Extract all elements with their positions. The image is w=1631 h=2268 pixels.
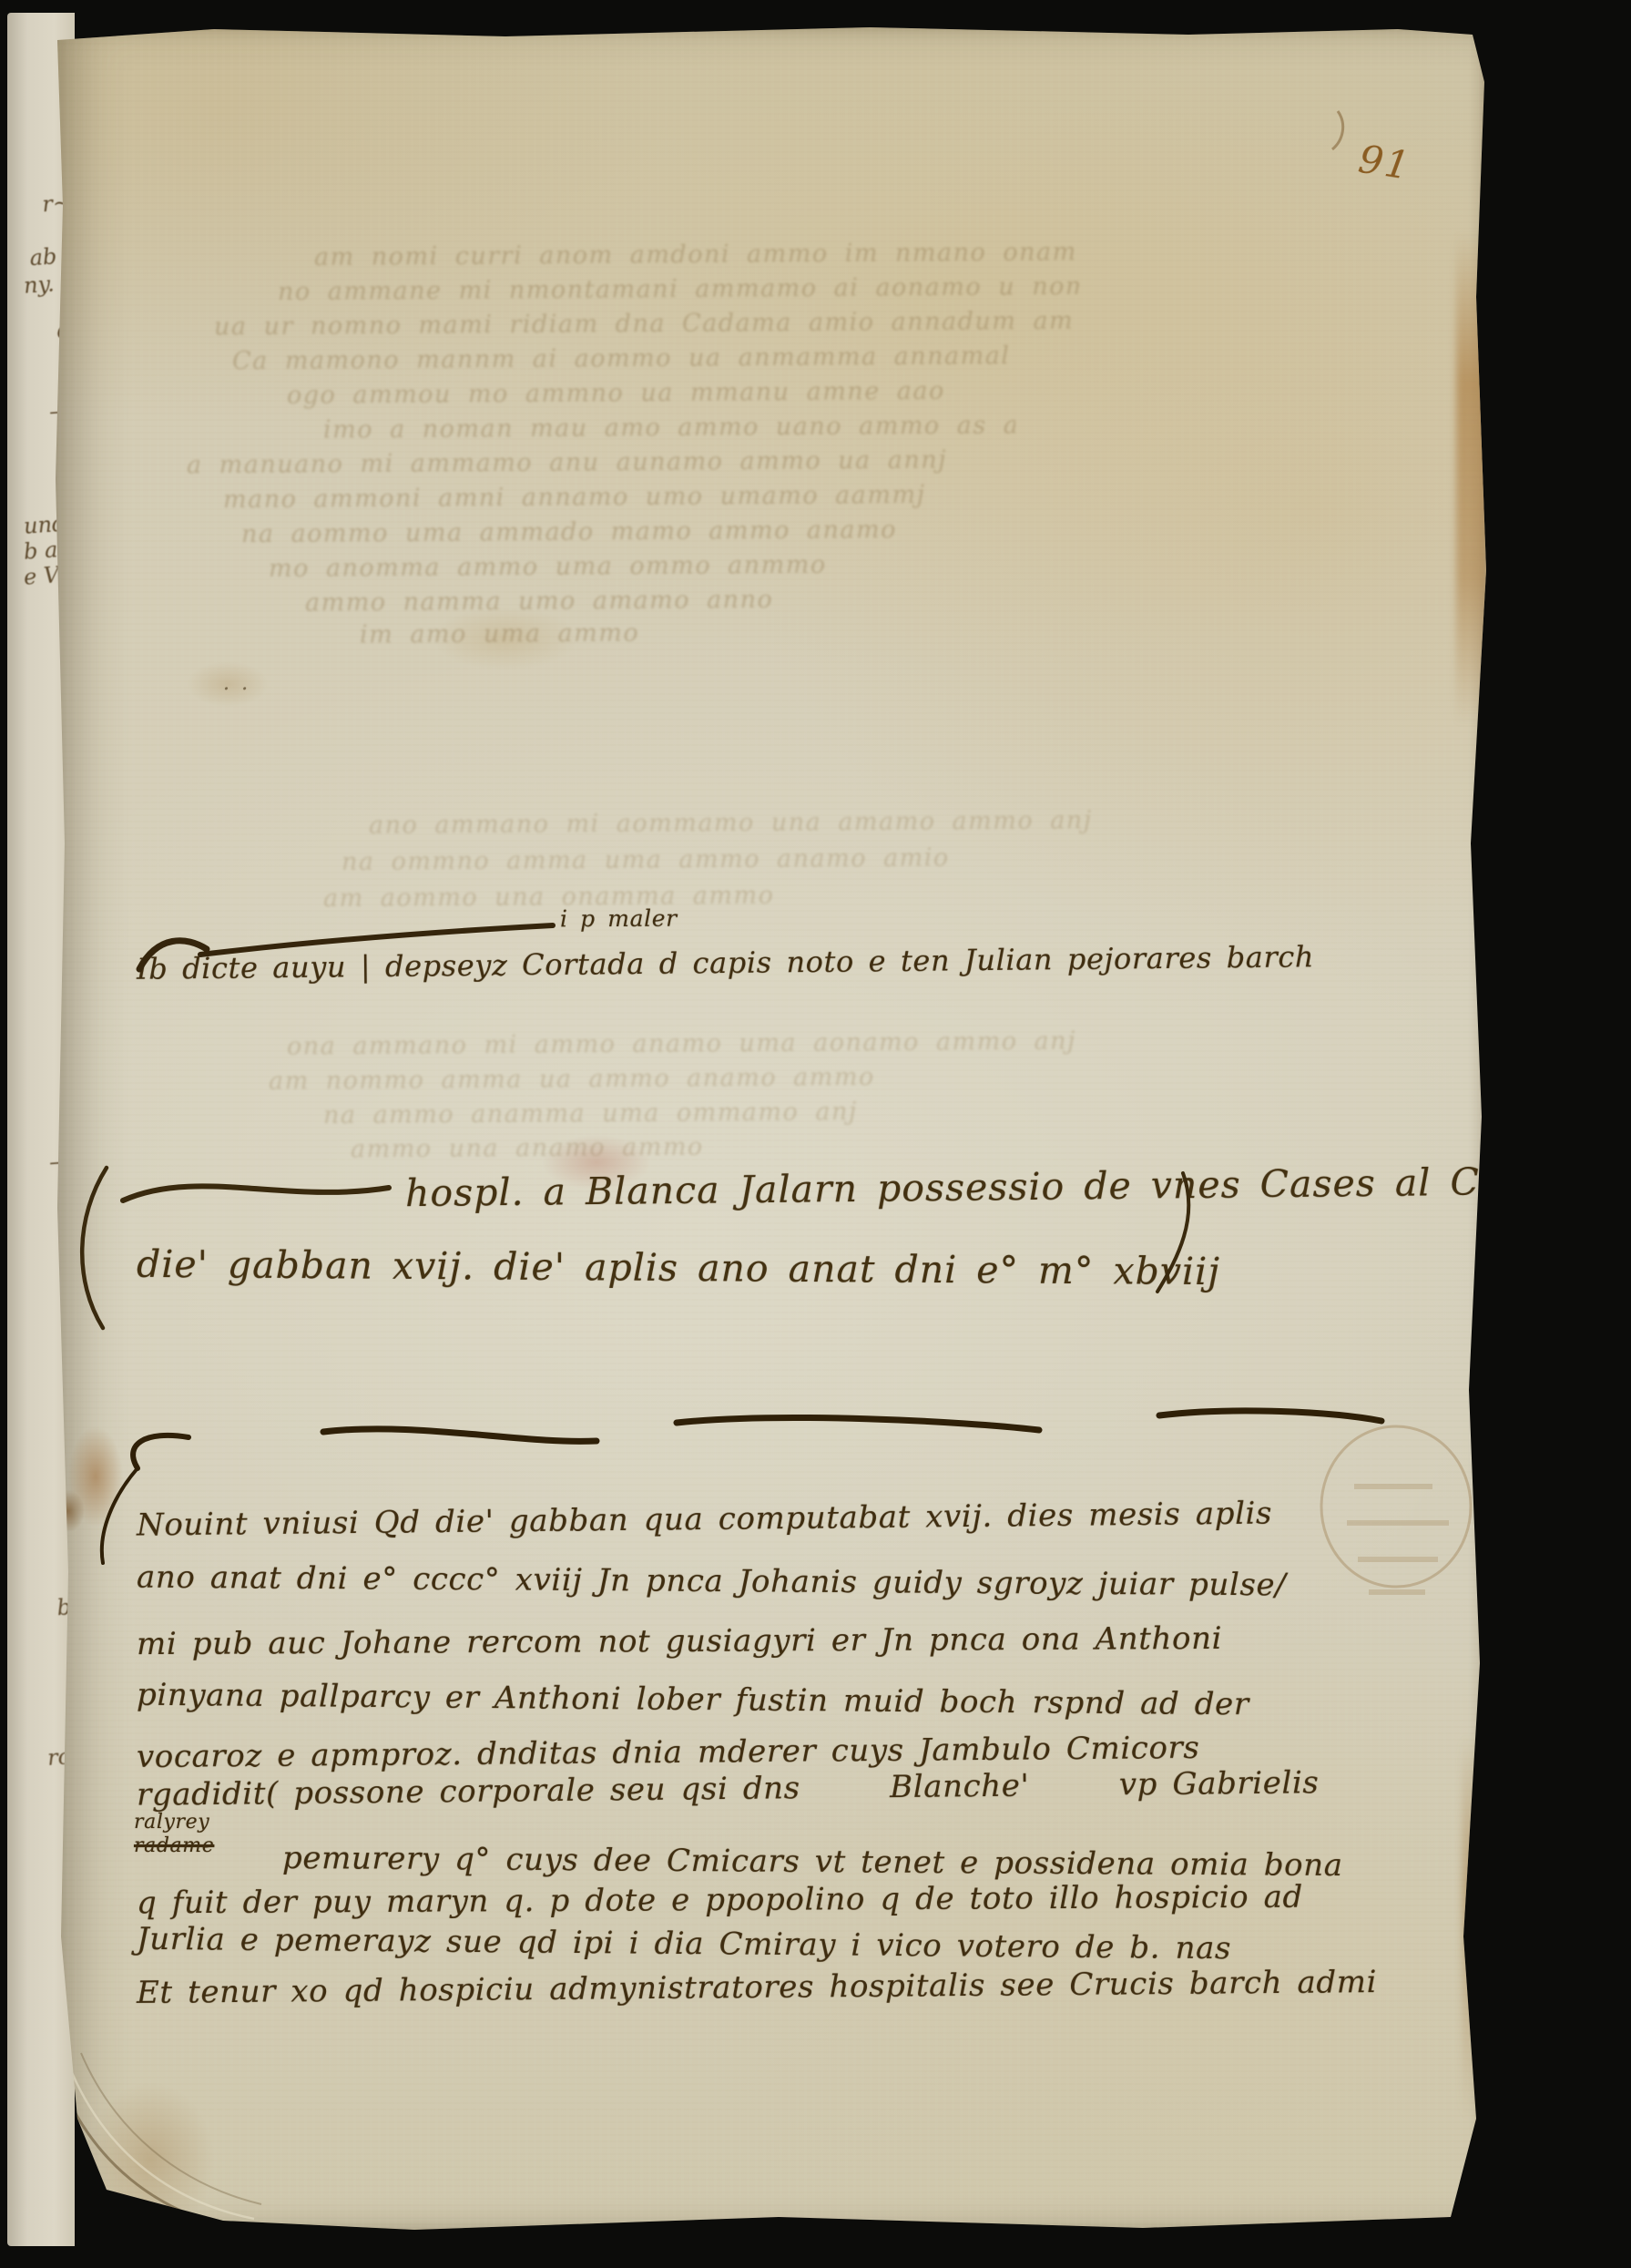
faint-stamp-text xyxy=(1347,1486,1449,1592)
interlinear-word: ralyrey xyxy=(134,1811,209,1834)
body-line: ano anat dni e° cccc° xviij Jn pnca Joha… xyxy=(137,1559,1287,1604)
separator-wave xyxy=(677,1418,1039,1430)
page-curl-edge xyxy=(57,2075,249,2232)
superscript-note: i p maler xyxy=(560,905,678,933)
faded-line: mo anomma ammo uma ommo anmmo xyxy=(269,549,1034,583)
body-line: Nouint vniusi Qd die' gabban qua computa… xyxy=(137,1495,1272,1543)
right-edge-discoloration xyxy=(1462,1736,1485,2119)
entry-date-line: die' gabban xvij. die' aplis ano anat dn… xyxy=(137,1242,1220,1293)
faded-line: ammo namma umo amamo anno xyxy=(305,585,943,618)
faded-line: am aommo una onamma ammo xyxy=(323,879,1116,913)
separator-wave xyxy=(323,1429,596,1442)
separator-descender xyxy=(102,1468,138,1563)
faded-line: mano ammoni amni annamo umo umamo aammj xyxy=(223,480,1061,514)
paper-fiber xyxy=(1332,111,1343,149)
heading-bracket xyxy=(82,1168,107,1328)
page-curl-highlight xyxy=(68,2064,254,2219)
corner-stain xyxy=(87,2082,214,2237)
body-line: pemurery q° cuys dee Cmicars vt tenet e … xyxy=(282,1840,1343,1884)
note-line: Ib dicte auyu | depseyz Cortada d capis … xyxy=(137,939,1314,986)
faded-line: ano ammano mi aommamo una amamo ammo anj xyxy=(369,806,1097,840)
fox-stain xyxy=(68,1426,123,1527)
page-curl-edge xyxy=(81,2053,261,2204)
right-edge-discoloration xyxy=(1456,233,1487,725)
faded-line: no ammane mi nmontamani ammamo ai aonamo… xyxy=(278,272,1079,306)
faded-line: na aommo uma ammado mamo ammo anamo xyxy=(241,515,1061,548)
entry-heading: hospl. a Blanca Jalarn possessio de vnes… xyxy=(405,1157,1631,1215)
body-line: Jurlia e pemerayz sue qd ipi i dia Cmira… xyxy=(137,1921,1231,1967)
folio-number: 91 xyxy=(1356,137,1414,189)
interlinear-word-struck: radame xyxy=(134,1834,214,1857)
separator-hook xyxy=(133,1435,189,1468)
faded-line: ua ur nomno mami ridiam dna Cadama amio … xyxy=(214,307,1079,342)
manuscript-scan: r~ ab - ny. d d — b undae b app e Vuj — … xyxy=(0,0,1631,2268)
body-line: Et tenur xo qd hospiciu admynistratores … xyxy=(137,1964,1377,2011)
faded-line: ammo una anamo ammo xyxy=(351,1131,988,1164)
stray-marks: . . xyxy=(223,672,249,695)
faint-stamp xyxy=(1321,1426,1471,1587)
body-line: mi pub auc Johane rercom not gusiagyri e… xyxy=(137,1620,1222,1662)
faded-line: am nommo amma ua ammo anamo ammo xyxy=(269,1060,1216,1095)
separator-wave xyxy=(1159,1411,1381,1421)
faded-line: na ammo anamma uma ommamo anj xyxy=(323,1096,1143,1129)
parchment-page: am nomi curri anom amdoni ammo im nmano … xyxy=(50,24,1487,2237)
heading-swash xyxy=(123,1186,389,1200)
faded-line: imo a noman mau amo ammo uano ammo as am… xyxy=(323,411,1015,444)
faded-line: a manuano mi ammamo anu aunamo ammo ua a… xyxy=(187,445,1061,480)
faded-line: ona ammano mi ammo anamo uma aonamo ammo… xyxy=(287,1026,1207,1060)
faded-line: Ca mamono mannm ai aommo ua anmamma anna… xyxy=(232,342,1052,375)
body-line: pinyana pallparcy er Anthoni lober fusti… xyxy=(137,1677,1249,1723)
body-line: q fuit der puy maryn q. p dote e ppopoli… xyxy=(137,1879,1303,1922)
faded-line: am nomi curri anom amdoni ammo im nmano … xyxy=(314,238,1097,271)
faded-line: ogo ammou mo ammno ua mmanu amne aao xyxy=(287,376,1006,410)
faded-line: im amo uma ammo xyxy=(360,618,797,649)
faded-line: na ommno amma uma ammo anamo amio xyxy=(341,843,1116,876)
margin-fragment: b xyxy=(23,1594,72,1623)
